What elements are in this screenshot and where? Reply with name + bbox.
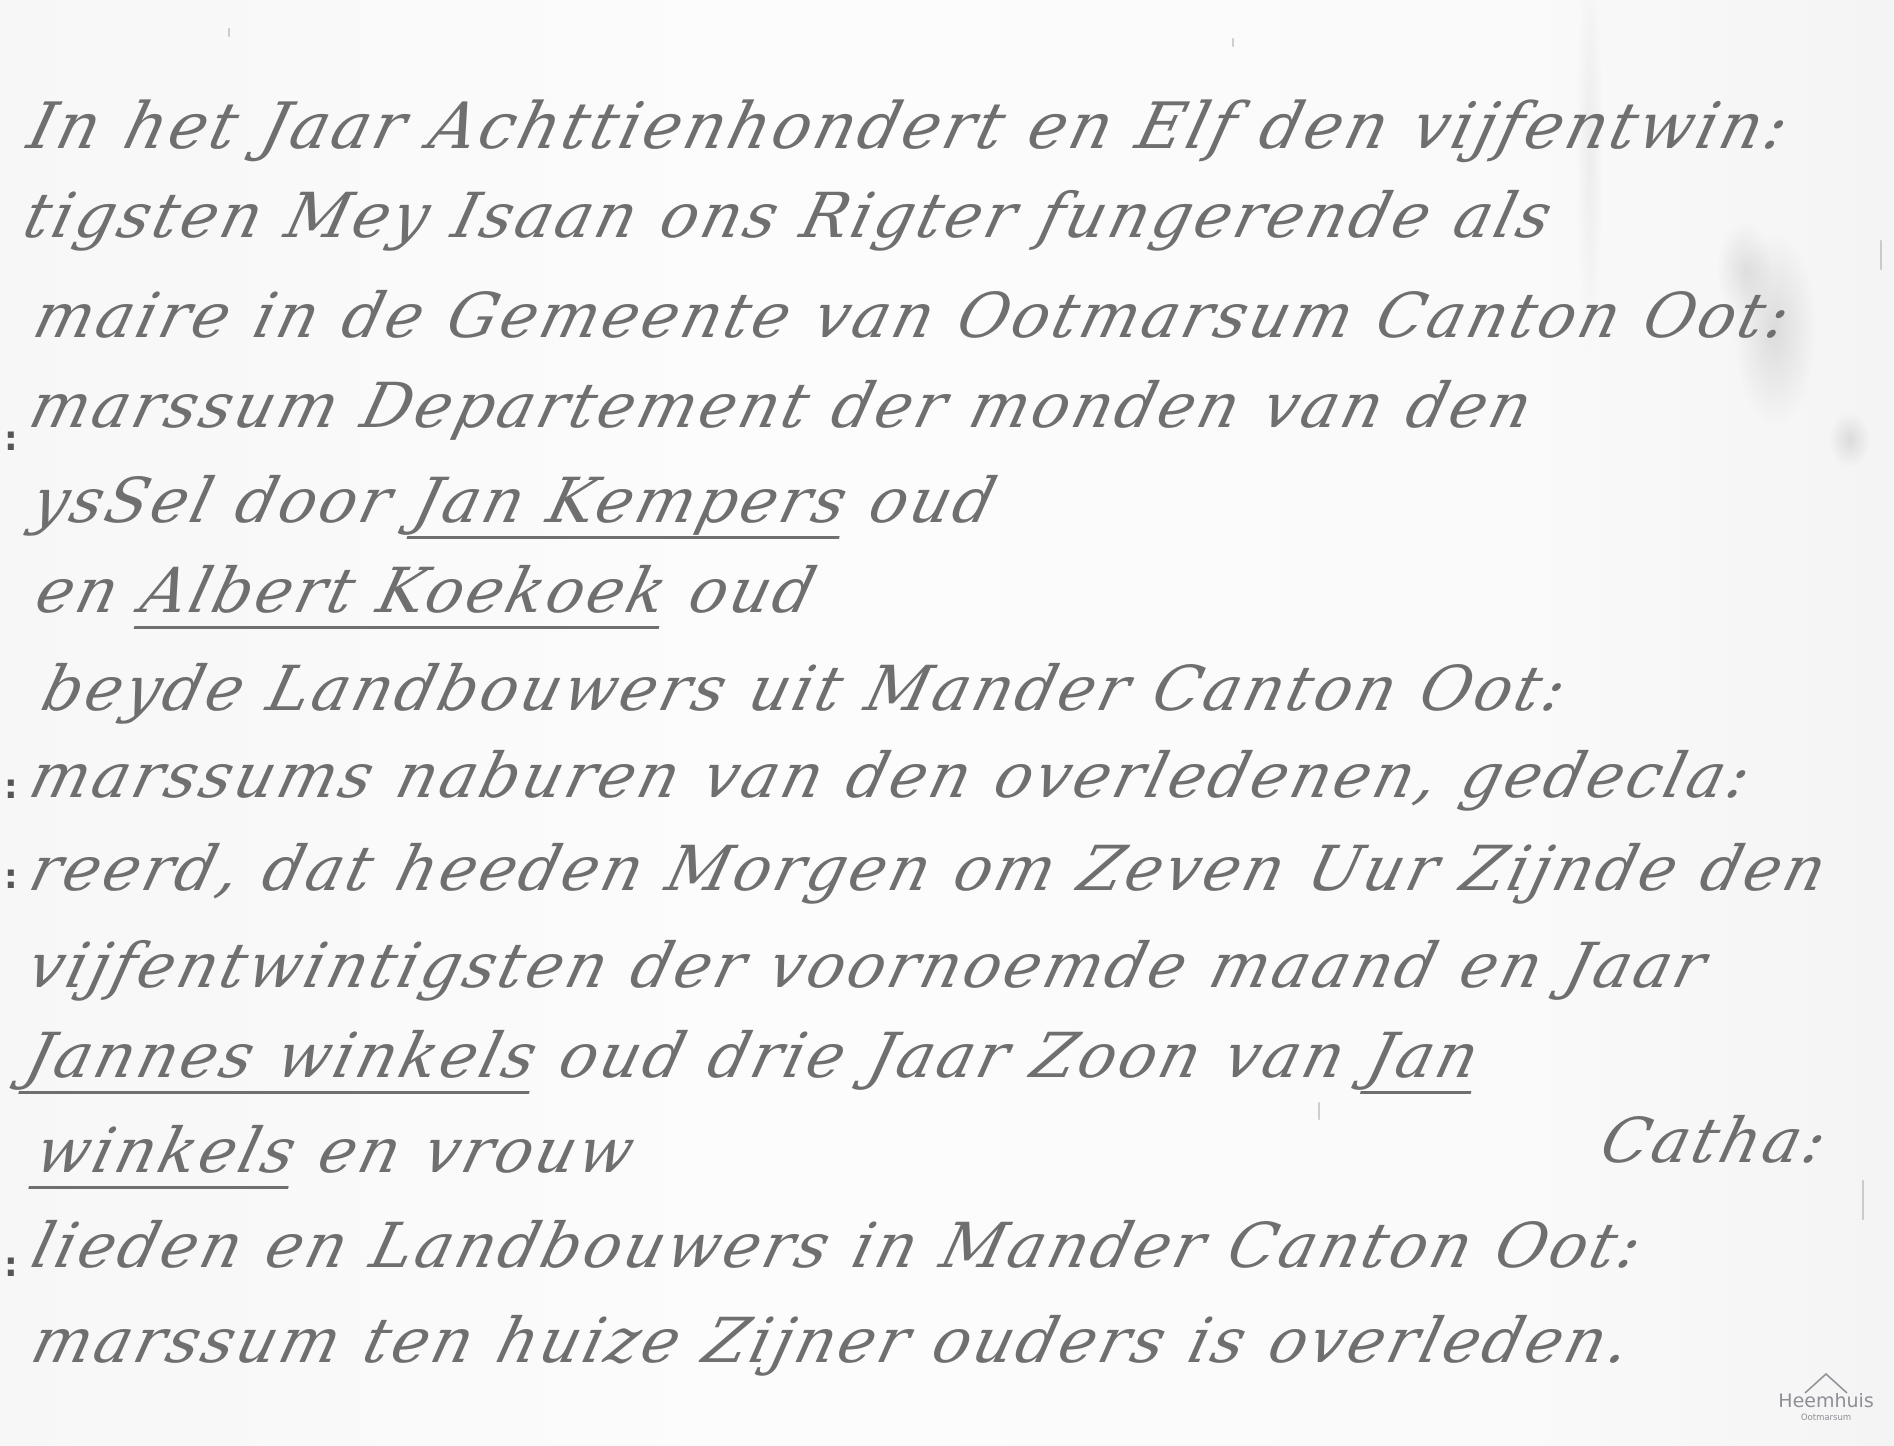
line-text: oud xyxy=(839,464,1006,537)
paper-speck xyxy=(1318,1102,1320,1120)
line-text: In het Jaar Achttienhondert en Elf den v… xyxy=(21,90,1775,164)
person-name-jan-kempers: Jan Kempers xyxy=(407,464,858,537)
text-line-5: ysSel door Jan Kempers oud xyxy=(26,470,1005,532)
margin-colon: : xyxy=(4,422,18,456)
line-text: reerd, dat heeden Morgen om Zeven Uur Zi… xyxy=(23,832,1837,905)
text-line-6: en Albert Koekoek oud xyxy=(30,560,825,622)
margin-colon: : xyxy=(4,770,18,804)
line-text: ysSel door xyxy=(25,464,425,537)
document-page: In het Jaar Achttienhondert en Elf den v… xyxy=(0,0,1894,1446)
person-name-jannes-winkels: Jannes winkels xyxy=(19,1019,548,1092)
paper-speck xyxy=(1880,240,1882,270)
margin-colon: : xyxy=(4,860,18,894)
text-line-3: maire in de Gemeente van Ootmarsum Canto… xyxy=(28,285,1799,347)
line-text: maire in de Gemeente van Ootmarsum Canto… xyxy=(27,279,1777,352)
text-line-13: lieden en Landbouwers in Mander Canton O… xyxy=(26,1215,1651,1277)
person-name-jan: Jan xyxy=(1360,1019,1489,1092)
text-line-12-right: Catha: xyxy=(1595,1110,1836,1172)
line-text: beyde Landbouwers uit Mander Canton Oot xyxy=(35,652,1553,725)
text-line-11: Jannes winkels oud drie Jaar Zoon van Ja… xyxy=(20,1025,1488,1087)
line-text: marssum Departement der monden van den xyxy=(23,369,1543,442)
text-line-1: In het Jaar Achttienhondert en Elf den v… xyxy=(22,95,1798,159)
line-text: lieden en Landbouwers in Mander Canton O… xyxy=(25,1209,1628,1282)
line-text: vijfentwintigsten der voornoemde maand e… xyxy=(21,929,1717,1002)
line-text: en xyxy=(29,554,153,627)
person-name-albert-koekoek: Albert Koekoek xyxy=(134,554,677,627)
person-name-catha: Catha xyxy=(1594,1104,1813,1177)
line-text: marssums naburen van den overledenen, ge… xyxy=(23,739,1737,812)
line-text: oud drie Jaar Zoon van xyxy=(529,1019,1378,1092)
line-text: marssum ten huize Zijner ouders is overl… xyxy=(25,1304,1618,1377)
watermark-subtitle: Ootmarsum xyxy=(1776,1414,1876,1423)
text-line-8: marssums naburen van den overledenen, ge… xyxy=(24,745,1760,807)
text-line-10: vijfentwintigsten der voornoemde maand e… xyxy=(22,935,1715,997)
watermark-title: Heemhuis xyxy=(1776,1392,1876,1411)
margin-colon: : xyxy=(4,1248,18,1282)
text-line-4: marssum Departement der monden van den xyxy=(24,375,1541,437)
line-text: en vrouw xyxy=(289,1114,645,1187)
line-text: tigsten Mey Isaan ons Rigter fungerende … xyxy=(17,179,1563,252)
text-line-9: reerd, dat heeden Morgen om Zeven Uur Zi… xyxy=(24,838,1835,900)
person-name-winkels: winkels xyxy=(29,1114,307,1187)
line-text: oud xyxy=(659,554,826,627)
text-line-14: marssum ten huize Zijner ouders is overl… xyxy=(26,1310,1639,1372)
paper-speck xyxy=(228,28,230,37)
paper-speck xyxy=(1862,1180,1864,1220)
text-line-12: winkels en vrouw xyxy=(30,1120,643,1182)
text-line-2: tigsten Mey Isaan ons Rigter fungerende … xyxy=(18,185,1561,247)
heemhuis-watermark: Heemhuis Ootmarsum xyxy=(1776,1372,1876,1423)
paper-speck xyxy=(1232,38,1234,47)
text-line-7: beyde Landbouwers uit Mander Canton Oot: xyxy=(36,658,1575,720)
